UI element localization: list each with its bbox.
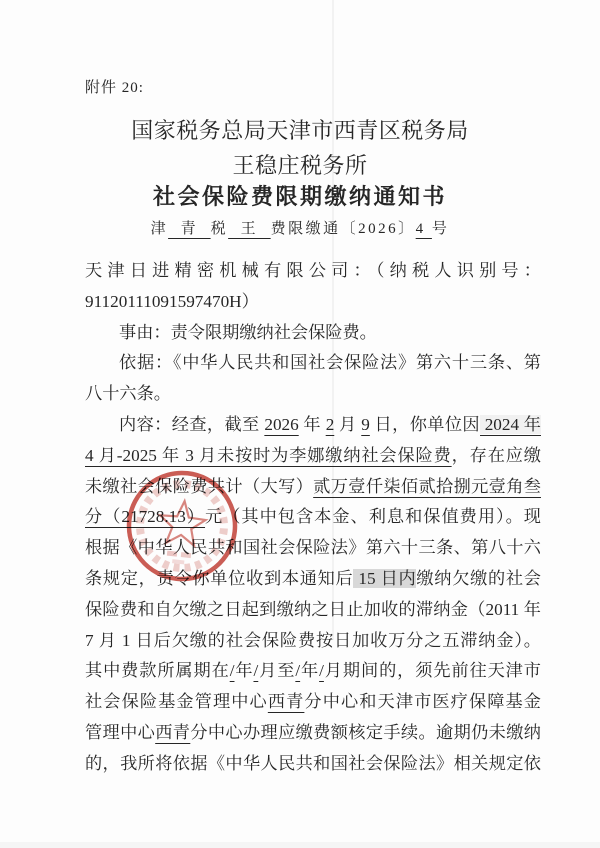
- text-segment: 日，你单位因: [370, 415, 480, 434]
- text-segment: 缴纳欠缴的社会: [416, 569, 541, 588]
- document-number: 津 青 税 王 费限缴通〔2026〕4 号: [0, 217, 600, 238]
- body-line: 事由：责令限期缴纳社会保险费。: [85, 318, 541, 349]
- text-segment: 月: [334, 415, 361, 434]
- text-segment: 费限缴通〔2026〕: [271, 221, 416, 237]
- body-line: 根据《中华人民共和国社会保险法》第六十三条、第八十六: [85, 533, 541, 564]
- underlined-text: 分（21728.13）: [85, 507, 205, 526]
- document-title-agency: 国家税务总局天津市西青区税务局: [0, 114, 600, 145]
- underlined-text: 青: [168, 221, 211, 237]
- text-segment: 依据：《中华人民共和国社会保险法》第六十三条、第: [119, 353, 541, 372]
- body-line: 保险费和自欠缴之日起到缴纳之日止加收的滞纳金（2011 年: [85, 595, 541, 626]
- underlined-text: 2: [326, 415, 335, 434]
- body-line: 4 月-2025 年 3 月未按时为李娜缴纳社会保险费，存在应缴: [85, 441, 541, 472]
- text-segment: ，存在应缴: [452, 446, 541, 465]
- text-segment: 年: [299, 415, 326, 434]
- text-segment: 号: [432, 221, 450, 237]
- body-line: 91120111091597470H）: [85, 287, 541, 318]
- underlined-text: 西青: [268, 692, 305, 711]
- underlined-text: 王: [228, 221, 271, 237]
- body-line: 依据：《中华人民共和国社会保险法》第六十三条、第: [85, 348, 541, 379]
- text-segment: 年: [234, 661, 253, 680]
- underlined-text: 4: [416, 221, 432, 237]
- text-segment: 管理中心: [85, 723, 155, 742]
- body-line: 内容：经查，截至 2026 年 2 月 9 日，你单位因 2024 年: [85, 410, 541, 441]
- text-segment: 天津日进精密机械有限公司：（纳税人识别号：: [85, 261, 541, 280]
- text-segment: 分中心办理应缴费额核定手续。逾期仍未缴纳: [190, 723, 541, 742]
- text-segment: 津: [151, 221, 169, 237]
- text-segment: 其中费款所属期在: [85, 661, 230, 680]
- underlined-text: 2024 年: [480, 415, 541, 434]
- underlined-text: 贰万壹仟柒佰贰拾捌元壹角叁: [313, 477, 541, 496]
- text-segment: 事由：责令限期缴纳社会保险费。: [119, 323, 377, 342]
- document-title-notice: 社会保险费限期缴纳通知书: [0, 180, 600, 211]
- text-segment: 元（其中包含本金、利息和保值费用）。现: [205, 507, 541, 526]
- text-segment: 八十六条。: [85, 384, 171, 403]
- text-segment: 7 月 1 日后欠缴的社会保险费按日加收万分之五滞纳金）。: [85, 631, 541, 650]
- text-segment: 分中心和天津市医疗保障基金: [304, 692, 541, 711]
- scan-edge-artifact: [0, 842, 600, 848]
- highlighted-text: 15 日内: [353, 569, 416, 588]
- text-segment: 保险费和自欠缴之日起到缴纳之日止加收的滞纳金（2011 年: [85, 600, 541, 619]
- text-segment: 根据《中华人民共和国社会保险法》第六十三条、第八十六: [85, 538, 541, 557]
- underlined-text: 9: [361, 415, 370, 434]
- underlined-text: 2026: [264, 415, 298, 434]
- body-line: 分（21728.13）元（其中包含本金、利息和保值费用）。现: [85, 502, 541, 533]
- body-line: 7 月 1 日后欠缴的社会保险费按日加收万分之五滞纳金）。: [85, 626, 541, 657]
- text-segment: 的，我所将依据《中华人民共和国社会保险法》相关规定依: [85, 754, 541, 773]
- text-segment: 税: [211, 221, 229, 237]
- body-line: 未缴社会保险费共计（大写）贰万壹仟柒佰贰拾捌元壹角叁: [85, 472, 541, 503]
- document-body: 天津日进精密机械有限公司：（纳税人识别号：91120111091597470H）…: [85, 256, 541, 780]
- text-segment: 条规定，责令你单位收到本通知后: [85, 569, 353, 588]
- text-segment: 社会保险基金管理中心: [85, 692, 268, 711]
- text-segment: 内容：经查，截至: [119, 415, 264, 434]
- document-page: 附件 20: 国家税务总局天津市西青区税务局 王稳庄税务所 社会保险费限期缴纳通…: [0, 0, 600, 848]
- body-line: 条规定，责令你单位收到本通知后 15 日内缴纳欠缴的社会: [85, 564, 541, 595]
- body-line: 管理中心西青分中心办理应缴费额核定手续。逾期仍未缴纳: [85, 718, 541, 749]
- text-segment: 月期间的，须先前往天津市: [324, 661, 541, 680]
- document-title-office: 王稳庄税务所: [0, 149, 600, 180]
- body-line: 社会保险基金管理中心西青分中心和天津市医疗保障基金: [85, 687, 541, 718]
- body-line: 八十六条。: [85, 379, 541, 410]
- text-segment: 未缴社会保险费共计（大写）: [85, 477, 313, 496]
- body-line: 其中费款所属期在/年/月至/年/月期间的，须先前往天津市: [85, 656, 541, 687]
- text-segment: 91120111091597470H）: [85, 292, 259, 311]
- text-segment: 月至: [258, 661, 295, 680]
- attachment-label: 附件 20:: [85, 76, 144, 97]
- underlined-text: 西青: [155, 723, 190, 742]
- text-segment: 年: [300, 661, 319, 680]
- body-line: 天津日进精密机械有限公司：（纳税人识别号：: [85, 256, 541, 287]
- body-line: 的，我所将依据《中华人民共和国社会保险法》相关规定依: [85, 749, 541, 780]
- underlined-text: 4 月-2025 年 3 月未按时为李娜缴纳社会保险费: [85, 446, 452, 465]
